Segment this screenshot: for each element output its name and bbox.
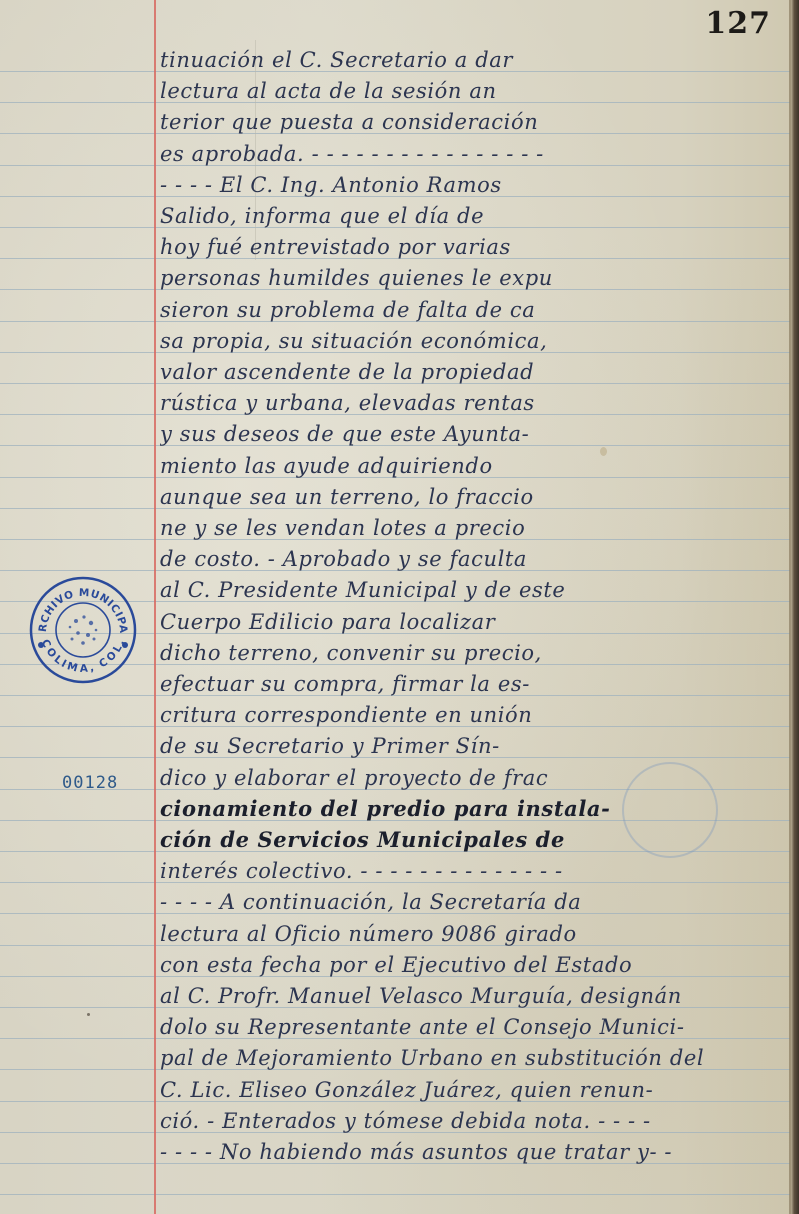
faded-stamp-impression — [622, 762, 718, 858]
book-binding-edge — [791, 0, 799, 1214]
handwritten-line: - - - - A continuación, la Secretaría da — [160, 888, 790, 916]
handwritten-line: de su Secretario y Primer Sín- — [160, 732, 790, 760]
handwritten-line: ció. - Enterados y tómese debida nota. -… — [160, 1107, 790, 1135]
paper-speck — [87, 1013, 90, 1016]
handwritten-line: al C. Profr. Manuel Velasco Murguía, des… — [160, 982, 790, 1010]
red-margin-line — [154, 0, 156, 1214]
handwritten-line: tinuación el C. Secretario a dar — [160, 46, 790, 74]
handwritten-line: de costo. - Aprobado y se faculta — [160, 545, 790, 573]
handwritten-line: al C. Presidente Municipal y de este — [160, 576, 790, 604]
handwritten-line: dolo su Representante ante el Consejo Mu… — [160, 1013, 790, 1041]
handwritten-line: lectura al acta de la sesión an — [160, 77, 790, 105]
handwritten-line: ne y se les vendan lotes a precio — [160, 514, 790, 542]
handwritten-line: personas humildes quienes le expu — [160, 264, 790, 292]
handwritten-line: Cuerpo Edilicio para localizar — [160, 608, 790, 636]
handwritten-line: pal de Mejoramiento Urbano en substituci… — [160, 1044, 790, 1072]
page-number: 127 — [705, 6, 771, 41]
handwritten-line: - - - - El C. Ing. Antonio Ramos — [160, 171, 790, 199]
stamp-top-text: ARCHIVO MUNICIPAL — [28, 575, 129, 634]
ruled-line — [0, 1194, 790, 1195]
handwritten-line: Salido, informa que el día de — [160, 202, 790, 230]
handwritten-line: valor ascendente de la propiedad — [160, 358, 790, 386]
handwritten-line: es aprobada. - - - - - - - - - - - - - -… — [160, 140, 790, 168]
handwritten-line: sa propia, su situación económica, — [160, 327, 790, 355]
archivo-municipal-stamp: ARCHIVO MUNICIPAL COLIMA, COL. — [28, 575, 138, 685]
handwritten-line: interés colectivo. - - - - - - - - - - -… — [160, 857, 790, 885]
handwritten-line: sieron su problema de falta de ca — [160, 296, 790, 324]
folio-number: 00128 — [62, 773, 118, 793]
handwritten-line: y sus deseos de que este Ayunta- — [160, 420, 790, 448]
handwritten-line: C. Lic. Eliseo González Juárez, quien re… — [160, 1076, 790, 1104]
handwritten-line: rústica y urbana, elevadas rentas — [160, 389, 790, 417]
handwritten-line: con esta fecha por el Ejecutivo del Esta… — [160, 951, 790, 979]
svg-text:ARCHIVO MUNICIPAL: ARCHIVO MUNICIPAL — [28, 575, 129, 634]
handwritten-line: miento las ayude adquiriendo — [160, 452, 790, 480]
ledger-page: 127 tinuación el C. Secretario a darlect… — [0, 0, 799, 1214]
handwritten-line: aunque sea un terreno, lo fraccio — [160, 483, 790, 511]
handwritten-line: - - - - No habiendo más asuntos que trat… — [160, 1138, 790, 1166]
handwritten-line: hoy fué entrevistado por varias — [160, 233, 790, 261]
handwritten-line: terior que puesta a consideración — [160, 108, 790, 136]
handwritten-line: lectura al Oficio número 9086 girado — [160, 920, 790, 948]
handwritten-line: dicho terreno, convenir su precio, — [160, 639, 790, 667]
handwritten-line: efectuar su compra, firmar la es- — [160, 670, 790, 698]
handwritten-line: critura correspondiente en unión — [160, 701, 790, 729]
